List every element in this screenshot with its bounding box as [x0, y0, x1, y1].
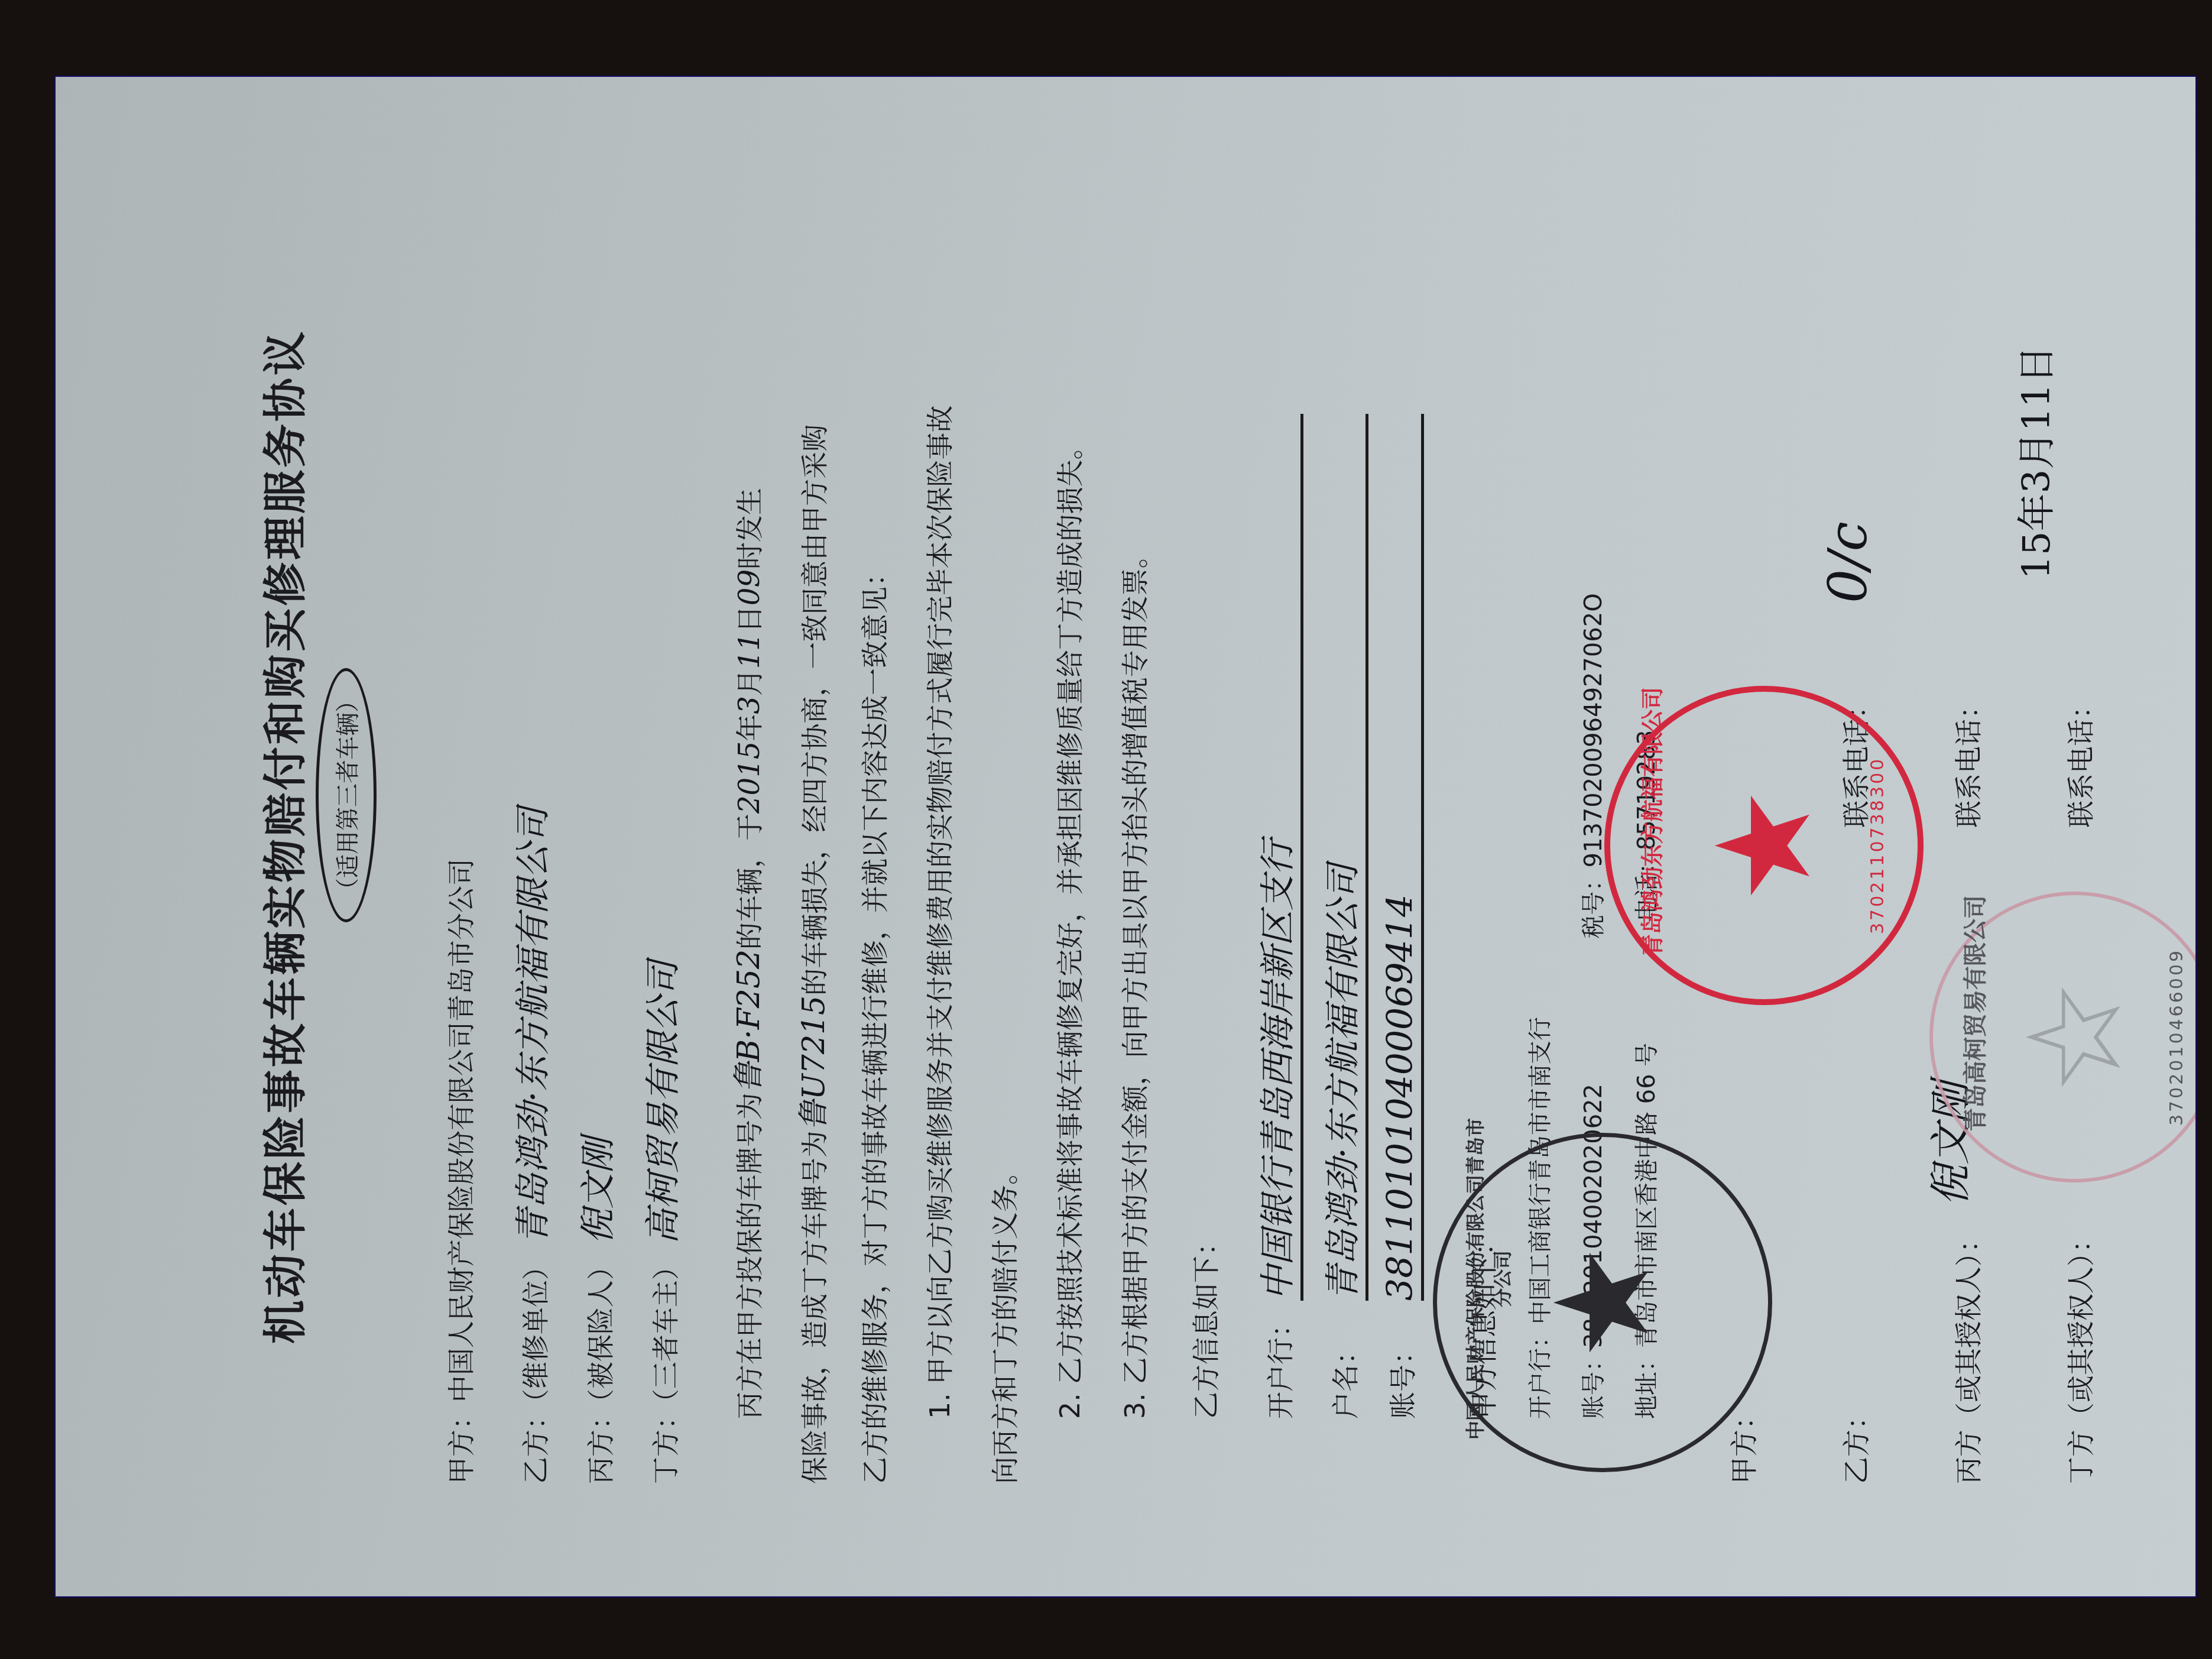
third-party-plate: 鲁U7215 [796, 996, 832, 1130]
party-d-label: 丁方： [650, 1402, 682, 1484]
insured-plate: 鲁B·F252 [731, 950, 767, 1093]
seal-text: 中国人民财产保险股份有限公司青岛市分公司 [1461, 1090, 1515, 1468]
party-b-name: 青岛鸿劲·东方航福有限公司 [513, 807, 554, 1244]
seal-code: 3702010466009 [2166, 895, 2187, 1179]
party-b-role: （维修单位） [520, 1253, 552, 1402]
party-b-bank-row: 开户行：中国银行青岛西海岸新区支行 [1250, 414, 1303, 1419]
party-d-contact-phone: 联系电话： [2059, 692, 2099, 828]
clause-1-cont: 向丙方和丁方的赔付义务。 [984, 1158, 1023, 1484]
party-d-signature-label: 丁方（或其授权人）： [2059, 1226, 2099, 1484]
party-b-label: 乙方： [520, 1402, 552, 1484]
party-d-line: 丁方：（三者车主） 高柯贸易有限公司 [635, 960, 686, 1484]
intro-line-3: 乙方的维修服务，对丁方的事故车辆进行维修，并就以下内容达成一致意见： [854, 559, 893, 1484]
bank-label: 开户行： [1259, 1301, 1298, 1419]
party-c-role: （被保险人） [585, 1253, 617, 1402]
party-c-name: 倪文刚 [578, 1138, 619, 1244]
party-b-name-row: 户名：青岛鸿劲·东方航福有限公司 [1315, 414, 1368, 1419]
clause-2: 2. 乙方按照技术标准将事故车辆修复完好，并承担因维修质量给丁方造成的损失。 [1049, 432, 1088, 1419]
handwritten-mark: 0/c [1817, 521, 1879, 603]
intro-text: 时发生 [734, 488, 766, 569]
tax-label: 税号： [1580, 867, 1607, 938]
party-c-contact-phone: 联系电话： [1947, 692, 1986, 828]
party-b-account-name: 青岛鸿劲·东方航福有限公司 [1315, 414, 1368, 1301]
star-icon: ★ [1538, 1244, 1668, 1360]
star-icon: ★ [1699, 787, 1829, 903]
intro-line-2: 保险事故，造成丁方车牌号为鲁U7215的车辆损失，经四方协商，一致同意由甲方采购 [789, 425, 833, 1484]
seal-text: 青岛鸿劲东方航福有限公司 [1634, 644, 1666, 999]
party-b-info-heading: 乙方信息如下： [1185, 1229, 1224, 1419]
party-b-signature-label: 乙方： [1835, 1402, 1874, 1484]
party-c-line: 丙方：（被保险人） 倪文刚 [570, 1138, 621, 1484]
party-a-line: 甲方：中国人民财产保险股份有限公司青岛市分公司 [440, 858, 479, 1484]
document-title: 机动车保险事故车辆实物赔付和购买修理服务协议 [251, 77, 313, 1596]
party-b-account-row: 账号：381101010400069414 [1380, 414, 1424, 1419]
account-name-label: 户名： [1324, 1301, 1363, 1419]
agreement-page: 机动车保险事故车辆实物赔付和购买修理服务协议 （适用第三者车辆） 甲方：中国人民… [56, 77, 2195, 1596]
intro-text: 丙方在甲方投保的车牌号为 [734, 1093, 766, 1419]
party-a-name: 中国人民财产保险股份有限公司青岛市分公司 [445, 858, 477, 1402]
document-photo: 机动车保险事故车辆实物赔付和购买修理服务协议 （适用第三者车辆） 甲方：中国人民… [54, 76, 2197, 1598]
party-b-bank: 中国银行青岛西海岸新区支行 [1250, 414, 1303, 1301]
accident-day: 11 [733, 633, 766, 669]
accident-month: 3 [733, 696, 766, 714]
account-number-label: 账号： [1381, 1301, 1420, 1419]
intro-text: 的车辆，于 [734, 814, 766, 950]
intro-text: 保险事故，造成丁方车牌号为 [799, 1130, 831, 1484]
party-d-name: 高柯贸易有限公司 [643, 960, 684, 1244]
party-b-company-seal: 青岛鸿劲东方航福有限公司 ★ 3702110738300 [1604, 686, 1924, 1005]
party-b-account-number: 381101010400069414 [1380, 414, 1424, 1301]
signing-date: 15年3月11日 [2006, 345, 2061, 579]
party-a-label: 甲方： [445, 1402, 477, 1484]
intro-line-1: 丙方在甲方投保的车牌号为鲁B·F252的车辆，于2015年3月11日09时发生 [724, 488, 768, 1419]
party-d-company-seal: 青岛高柯贸易有限公司 ☆ 3702010466009 [1929, 892, 2197, 1182]
party-a-tax-id: 91370200964927062O [1580, 593, 1607, 867]
accident-year: 2015 [733, 741, 766, 814]
party-c-signature-label: 丙方（或其授权人）： [1947, 1226, 1986, 1484]
accident-hour: 09 [733, 569, 766, 605]
party-c-label: 丙方： [585, 1402, 617, 1484]
star-icon: ☆ [2010, 978, 2140, 1095]
document-subtitle: （适用第三者车辆） [316, 668, 377, 922]
seal-code: 3702110738300 [1867, 692, 1888, 999]
party-a-company-seal: 中国人民财产保险股份有限公司青岛市分公司 ★ [1433, 1133, 1772, 1472]
intro-text: 的车辆损失，经四方协商，一致同意由甲方采购 [799, 425, 831, 996]
party-b-line: 乙方：（维修单位） 青岛鸿劲·东方航福有限公司 [505, 807, 556, 1484]
clause-1: 1. 甲方以向乙方购买维修服务并支付维修费用的实物赔付方式履行完毕本次保险事故 [919, 405, 958, 1419]
clause-3: 3. 乙方根据甲方的支付金额，向甲方出具以甲方抬头的增值税专用发票。 [1114, 541, 1153, 1419]
party-d-role: （三者车主） [650, 1253, 682, 1402]
seal-text: 青岛高柯贸易有限公司 [1957, 848, 1990, 1179]
